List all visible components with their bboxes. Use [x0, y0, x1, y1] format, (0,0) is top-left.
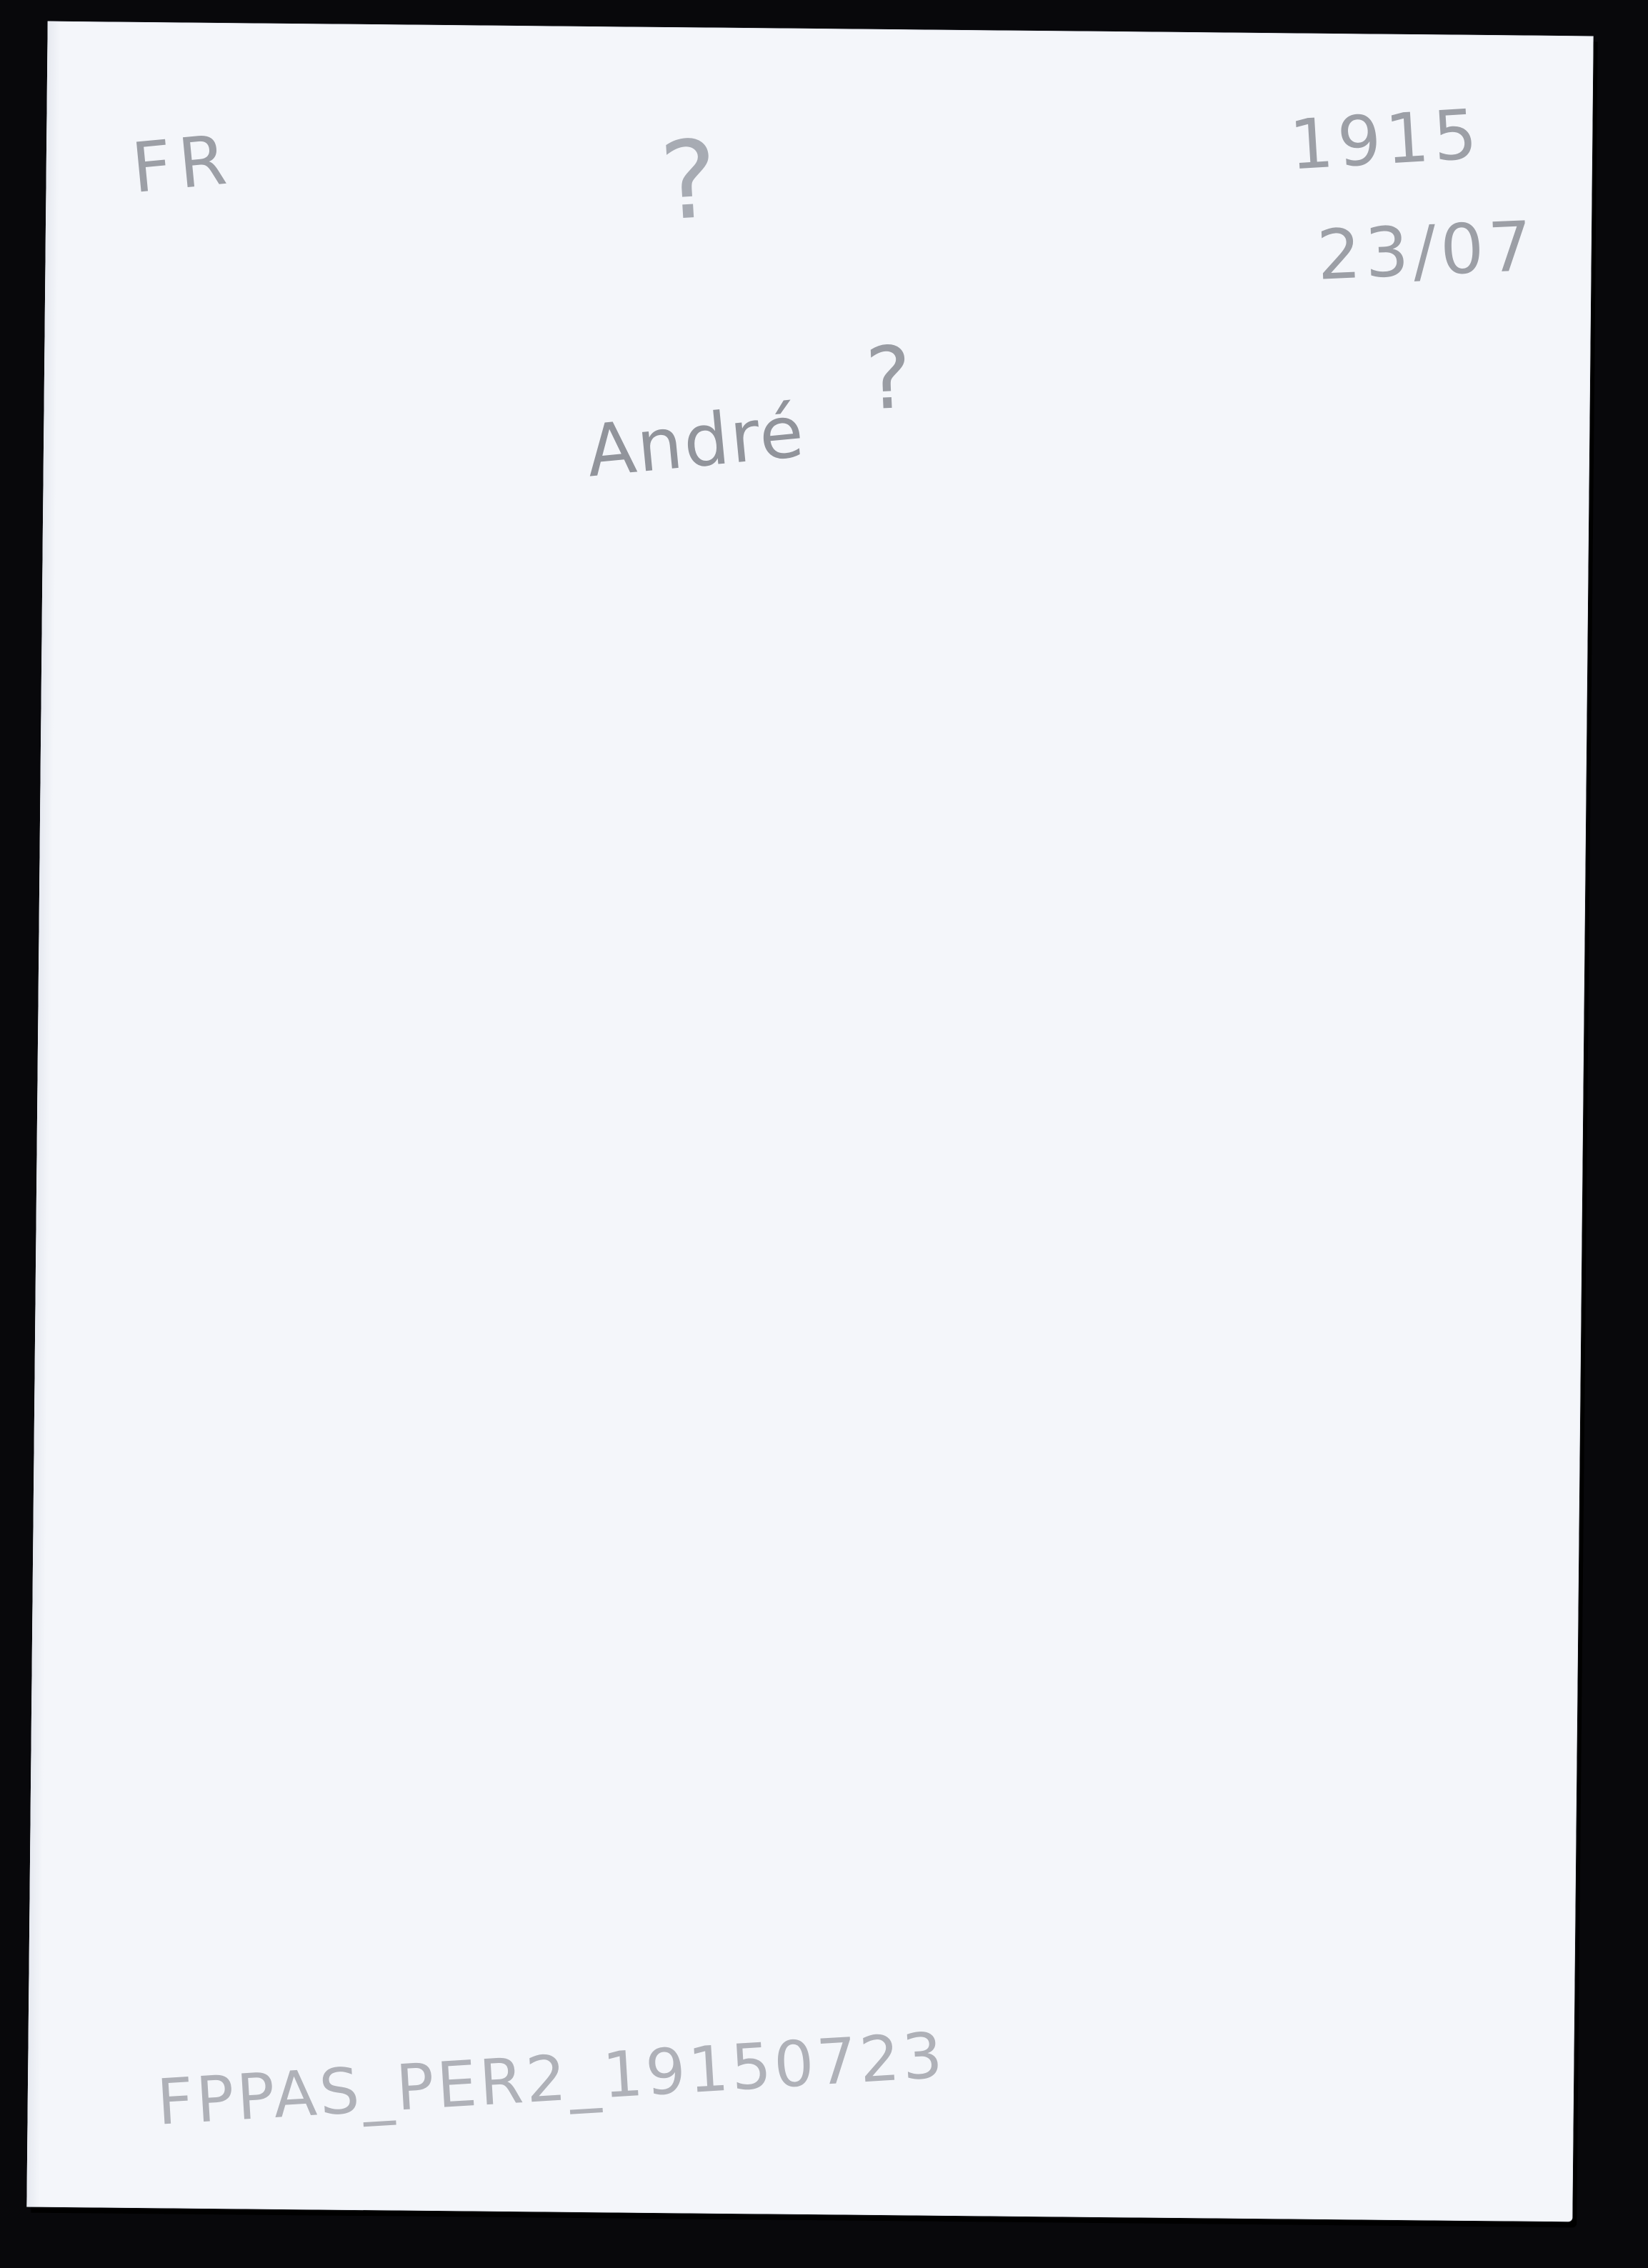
date-annotation: 23/07: [1316, 212, 1537, 290]
year-annotation: 1915: [1288, 100, 1484, 180]
language-annotation: FR: [129, 125, 236, 203]
name-question-mark: ?: [864, 336, 914, 424]
uncertain-question-mark: ?: [657, 126, 722, 236]
name-annotation: André: [584, 396, 808, 488]
document-page: FR ? 1915 23/07 André ? FPPAS_PER2_19150…: [26, 21, 1593, 2222]
archive-reference-code: FPPAS_PER2_19150723: [155, 2024, 947, 2134]
